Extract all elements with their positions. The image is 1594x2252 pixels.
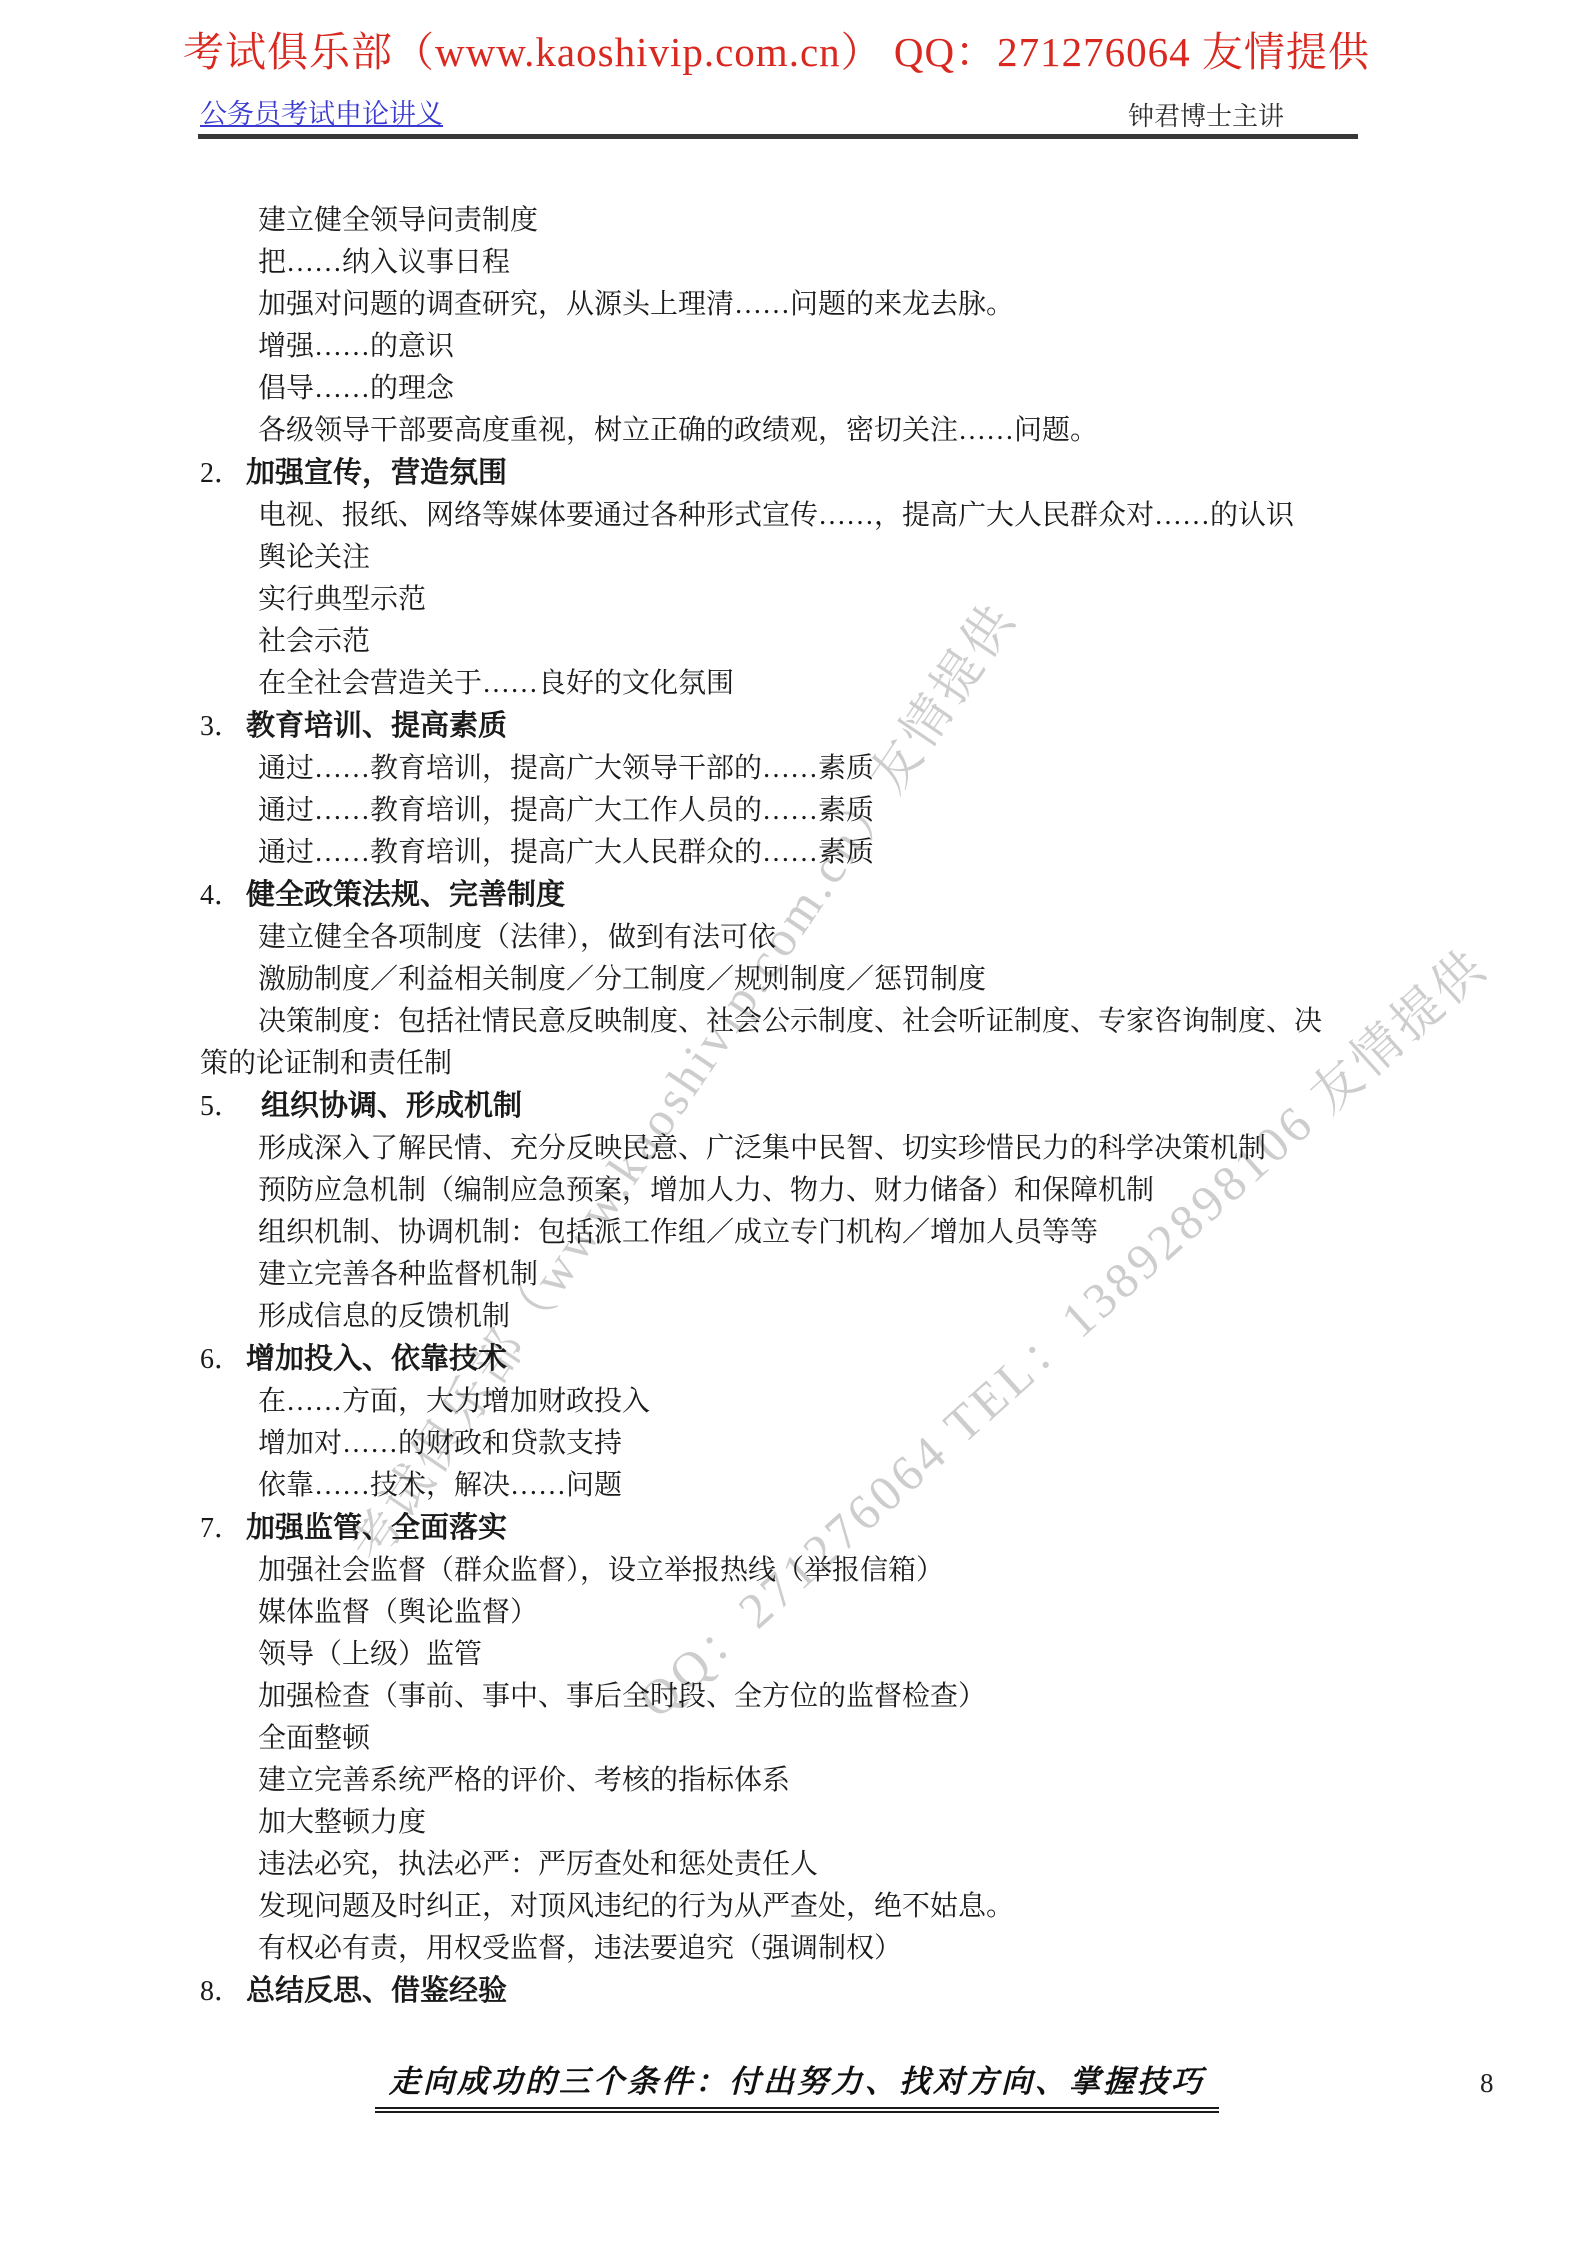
heading-title: 加强宣传，营造氛围 <box>246 457 507 489</box>
content-line: 各级领导干部要高度重视，树立正确的政绩观，密切关注……问题。 <box>200 410 1400 452</box>
content-lines: 建立健全领导问责制度把……纳入议事日程加强对问题的调查研究，从源头上理清……问题… <box>200 200 1400 2013</box>
heading-title: 健全政策法规、完善制度 <box>246 879 565 911</box>
content-line: 电视、报纸、网络等媒体要通过各种形式宣传……，提高广大人民群众对……的认识 <box>200 495 1400 537</box>
header-banner: 考试俱乐部（www.kaoshivip.com.cn） QQ：271276064… <box>183 28 1370 76</box>
heading-number: 3． <box>200 711 242 742</box>
content-line: 形成信息的反馈机制 <box>200 1296 1400 1338</box>
content-line: 在……方面，大力增加财政投入 <box>200 1381 1400 1423</box>
content-line: 建立健全领导问责制度 <box>200 200 1400 242</box>
content-line: 通过……教育培训，提高广大人民群众的……素质 <box>200 832 1400 874</box>
section-heading: 8．总结反思、借鉴经验 <box>200 1970 1400 2013</box>
content-line: 实行典型示范 <box>200 579 1400 621</box>
content-line: 增加对……的财政和贷款支持 <box>200 1423 1400 1465</box>
content-line: 领导（上级）监管 <box>200 1634 1400 1676</box>
content-line: 通过……教育培训，提高广大工作人员的……素质 <box>200 790 1400 832</box>
content-line: 社会示范 <box>200 621 1400 663</box>
heading-number: 6． <box>200 1344 242 1375</box>
heading-title: 总结反思、借鉴经验 <box>246 1975 507 2007</box>
content-line: 加强对问题的调查研究，从源头上理清……问题的来龙去脉。 <box>200 284 1400 326</box>
content-line: 增强……的意识 <box>200 326 1400 368</box>
heading-number: 2． <box>200 458 242 489</box>
content-line: 全面整顿 <box>200 1718 1400 1760</box>
lecturer-name: 钟君博士主讲 <box>1128 102 1284 132</box>
content-line: 激励制度／利益相关制度／分工制度／规则制度／惩罚制度 <box>200 959 1400 1001</box>
content-line: 组织机制、协调机制：包括派工作组／成立专门机构／增加人员等等 <box>200 1212 1400 1254</box>
section-heading: 7．加强监管、全面落实 <box>200 1507 1400 1550</box>
content-line: 依靠……技术，解决……问题 <box>200 1465 1400 1507</box>
content-line: 有权必有责，用权受监督，违法要追究（强调制权） <box>200 1928 1400 1970</box>
content-line: 发现问题及时纠正，对顶风违纪的行为从严查处，绝不姑息。 <box>200 1886 1400 1928</box>
content-line: 通过……教育培训，提高广大领导干部的……素质 <box>200 748 1400 790</box>
heading-title: 组织协调、形成机制 <box>232 1090 522 1122</box>
page-number: 8 <box>1480 2068 1494 2099</box>
section-heading: 3．教育培训、提高素质 <box>200 705 1400 748</box>
content-line: 加大整顿力度 <box>200 1802 1400 1844</box>
content-line: 建立健全各项制度（法律），做到有法可依 <box>200 917 1400 959</box>
section-heading: 2．加强宣传，营造氛围 <box>200 452 1400 495</box>
content-line: 建立完善各种监督机制 <box>200 1254 1400 1296</box>
footer-motto: 走向成功的三个条件：付出努力、找对方向、掌握技巧 <box>375 2056 1219 2113</box>
section-heading: 4．健全政策法规、完善制度 <box>200 874 1400 917</box>
content-line: 媒体监督（舆论监督） <box>200 1592 1400 1634</box>
heading-number: 5． <box>200 1091 228 1122</box>
content-line: 舆论关注 <box>200 537 1400 579</box>
heading-number: 4． <box>200 880 242 911</box>
section-heading: 5． 组织协调、形成机制 <box>200 1085 1400 1128</box>
heading-title: 增加投入、依靠技术 <box>246 1343 507 1375</box>
content-line: 加强社会监督（群众监督），设立举报热线（举报信箱） <box>200 1550 1400 1592</box>
content-line: 建立完善系统严格的评价、考核的指标体系 <box>200 1760 1400 1802</box>
document-title: 公务员考试申论讲义 <box>200 98 443 130</box>
content-line: 违法必究，执法必严：严厉查处和惩处责任人 <box>200 1844 1400 1886</box>
heading-title: 教育培训、提高素质 <box>246 710 507 742</box>
heading-number: 7． <box>200 1513 242 1544</box>
header-divider <box>198 134 1358 139</box>
content-line: 策的论证制和责任制 <box>200 1043 1400 1085</box>
section-heading: 6．增加投入、依靠技术 <box>200 1338 1400 1381</box>
heading-title: 加强监管、全面落实 <box>246 1512 507 1544</box>
content-line: 把……纳入议事日程 <box>200 242 1400 284</box>
content-line: 倡导……的理念 <box>200 368 1400 410</box>
content-line: 形成深入了解民情、充分反映民意、广泛集中民智、切实珍惜民力的科学决策机制 <box>200 1128 1400 1170</box>
content-line: 在全社会营造关于……良好的文化氛围 <box>200 663 1400 705</box>
content-line: 加强检查（事前、事中、事后全时段、全方位的监督检查） <box>200 1676 1400 1718</box>
content-line: 预防应急机制（编制应急预案，增加人力、物力、财力储备）和保障机制 <box>200 1170 1400 1212</box>
heading-number: 8． <box>200 1976 242 2007</box>
content-line: 决策制度：包括社情民意反映制度、社会公示制度、社会听证制度、专家咨询制度、决 <box>200 1001 1400 1043</box>
